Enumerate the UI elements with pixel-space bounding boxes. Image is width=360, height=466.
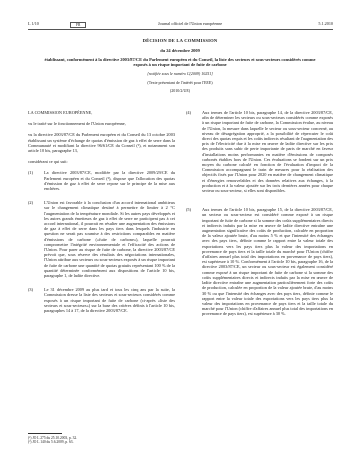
considering-clause: considérant ce qui suit: (28, 159, 175, 164)
footnote-2: (²) JO L 140 du 5.6.2009, p. 63. (28, 440, 175, 444)
journal-title: Journal officiel de l'Union européenne (158, 21, 222, 27)
left-column: LA COMMISSION EUROPÉENNE, vu le traité s… (28, 110, 175, 322)
recital-text: Aux termes de l'article 10 bis, paragrap… (202, 110, 333, 193)
recital-3: (3) Le 31 décembre 2009 au plus tard et … (28, 287, 175, 313)
page-header: L 1/10 FR Journal officiel de l'Union eu… (28, 21, 333, 30)
citation-directive: vu la directive 2003/87/CE du Parlement … (28, 132, 175, 153)
page-reference: L 1/10 (28, 21, 39, 27)
publication-date: 5.1.2010 (318, 21, 333, 27)
recital-1: (1) La directive 2003/87/CE, modifiée pa… (28, 170, 175, 191)
document-reference: (2010/2/UE) (40, 88, 320, 93)
footnotes: (¹) JO L 275 du 25.10.2003, p. 32. (²) J… (28, 433, 175, 444)
decision-date: du 24 décembre 2009 (40, 48, 320, 53)
citation-treaty: vu le traité sur le fonctionnement de l'… (28, 121, 175, 126)
recital-number: (5) (186, 207, 202, 316)
recital-number: (4) (186, 110, 202, 193)
recital-2: (2) L'Union est favorable à la conclusio… (28, 200, 175, 278)
preamble-intro: LA COMMISSION EUROPÉENNE, (28, 110, 175, 115)
recital-4: (4) Aux termes de l'article 10 bis, para… (186, 110, 333, 193)
recital-text: Le 31 décembre 2009 au plus tard et tous… (44, 287, 175, 313)
decision-subject: établissant, conformément à la directive… (40, 57, 320, 67)
decision-heading: DÉCISION DE LA COMMISSION (40, 38, 320, 43)
recital-5: (5) Aux termes de l'article 10 bis, para… (186, 207, 333, 316)
recital-number: (2) (28, 200, 44, 278)
recital-text: L'Union est favorable à la conclusion d'… (44, 200, 175, 278)
language-badge: FR (70, 22, 86, 29)
recital-text: Aux termes de l'article 10 bis, paragrap… (202, 207, 333, 316)
recital-number: (3) (28, 287, 44, 313)
footnote-rule (28, 433, 62, 434)
eea-relevance: (Texte présentant de l'intérêt pour l'EE… (40, 80, 320, 85)
recital-number: (1) (28, 170, 44, 191)
recital-text: La directive 2003/87/CE, modifiée par la… (44, 170, 175, 191)
right-column: (4) Aux termes de l'article 10 bis, para… (186, 110, 333, 326)
decision-title-block: DÉCISION DE LA COMMISSION du 24 décembre… (40, 38, 320, 94)
notification-number: [notifiée sous le numéro C(2009) 10251] (40, 71, 320, 76)
